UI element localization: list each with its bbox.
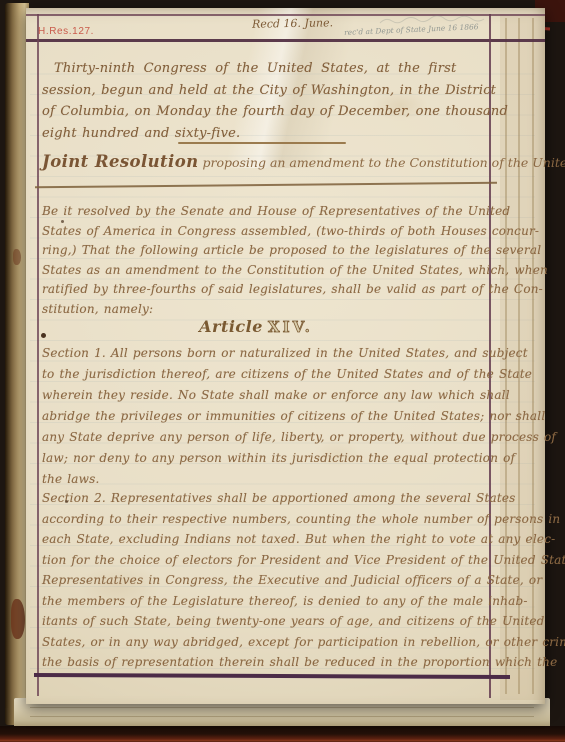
manuscript-line: each State, excluding Indians not taxed.… <box>42 529 512 550</box>
manuscript-line: according to their respective numbers, c… <box>42 509 512 530</box>
under-page-edge <box>532 18 534 694</box>
ink-speck <box>41 333 46 338</box>
manuscript-line: Representatives in Congress, the Executi… <box>42 570 512 591</box>
article-word: Article <box>199 317 263 336</box>
section-2-text: Section 2. Representatives shall be appo… <box>42 488 512 673</box>
ink-divider-full <box>35 182 497 188</box>
ink-speck <box>61 220 64 223</box>
manuscript-line: abridge the privileges or immunities of … <box>42 406 512 427</box>
manuscript-line: any State deprive any person of life, li… <box>42 427 512 448</box>
manuscript-line: States of America in Congress assembled,… <box>42 222 512 242</box>
manuscript-line: Be it resolved by the Senate and House o… <box>42 202 512 222</box>
manuscript-line: law; nor deny to any person within its j… <box>42 448 512 469</box>
binding-tear <box>13 249 21 265</box>
manuscript-line: of Columbia, on Monday the fourth day of… <box>42 101 512 123</box>
house-resolution-stamp: H.Res.127. <box>38 26 94 37</box>
received-date-note: Recd 16. June. <box>252 16 333 30</box>
margin-rule-bottom <box>34 673 510 679</box>
manuscript-line: the basis of representation therein shal… <box>42 652 512 673</box>
congress-heading: Thirty-ninth Congress of the United Stat… <box>42 58 512 144</box>
joint-resolution-lead: Joint Resolution <box>42 152 199 171</box>
manuscript-line: the members of the Legislature thereof, … <box>42 591 512 612</box>
ink-divider-short <box>178 142 346 144</box>
margin-rule-top-heavy <box>26 39 545 42</box>
photo-frame: H.Res.127. Recd 16. June. rec'd at Dept … <box>0 0 565 742</box>
manuscript-line: States, or in any way abridged, except f… <box>42 632 512 653</box>
joint-resolution-title: Joint Resolution proposing an amendment … <box>42 152 565 171</box>
section-1-text: Section 1. All persons born or naturaliz… <box>42 343 512 490</box>
manuscript-line: itants of such State, being twenty-one y… <box>42 611 512 632</box>
manuscript-line: the laws. <box>42 469 512 490</box>
manuscript-line: States as an amendment to the Constituti… <box>42 261 512 281</box>
resolving-clause: Be it resolved by the Senate and House o… <box>42 202 512 319</box>
article-numeral: XIV. <box>268 318 313 336</box>
manuscript-page: H.Res.127. Recd 16. June. rec'd at Dept … <box>26 8 545 704</box>
manuscript-line: tion for the choice of electors for Pres… <box>42 550 512 571</box>
ink-speck <box>65 500 68 503</box>
manuscript-line: ratified by three-fourths of said legisl… <box>42 280 512 300</box>
manuscript-line: ring,) That the following article be pro… <box>42 241 512 261</box>
manuscript-line: to the jurisdiction thereof, are citizen… <box>42 364 512 385</box>
margin-rule-left <box>37 14 39 696</box>
manuscript-line: session, begun and held at the City of W… <box>42 80 512 102</box>
joint-resolution-rest: proposing an amendment to the Constituti… <box>199 155 565 170</box>
binding-tear <box>11 599 25 639</box>
manuscript-line: Section 2. Representatives shall be appo… <box>42 488 512 509</box>
article-heading: Article XIV. <box>46 317 466 336</box>
manuscript-line: eight hundred and sixty-five. <box>42 123 512 145</box>
manuscript-line: Thirty-ninth Congress of the United Stat… <box>54 58 512 80</box>
manuscript-line: Section 1. All persons born or naturaliz… <box>42 343 512 364</box>
manuscript-line: wherein they reside. No State shall make… <box>42 385 512 406</box>
book-cover-bottom <box>0 726 565 742</box>
